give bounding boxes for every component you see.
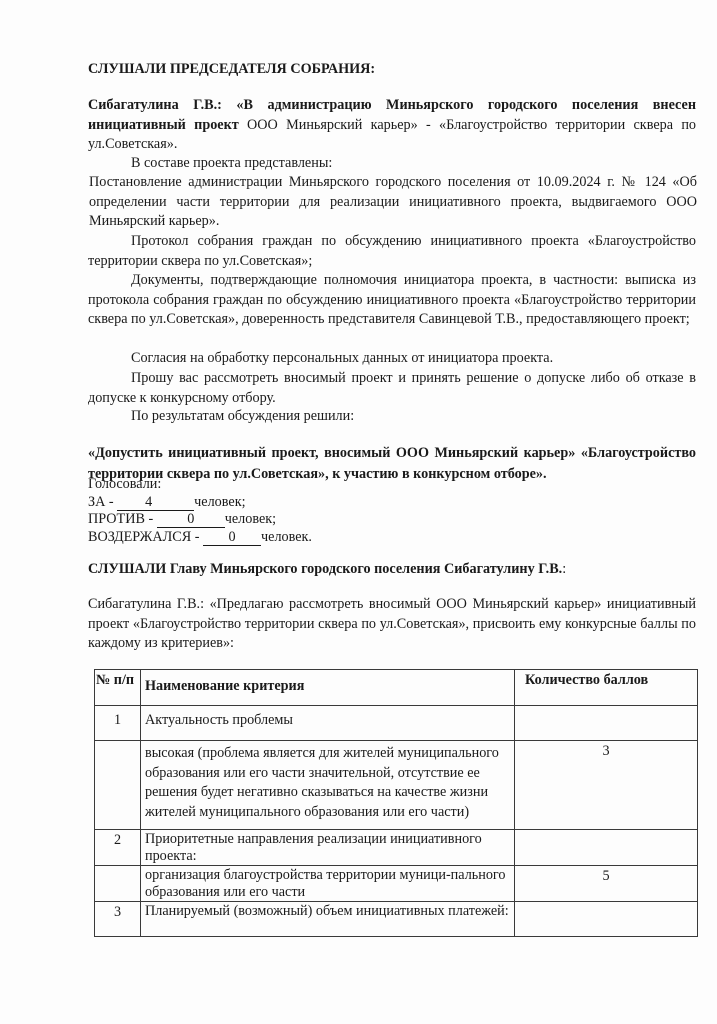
vote-for: ЗА - 4человек; (88, 494, 696, 512)
header-score: Количество баллов (515, 670, 698, 706)
vote-against: ПРОТИВ - 0человек; (88, 511, 696, 529)
criteria-table: № п/п Наименование критерия Количество б… (94, 669, 698, 937)
results-intro: По результатам обсуждения решили: (88, 407, 696, 427)
table-row: организация благоустройства территории м… (95, 866, 698, 902)
composition-item-2: Протокол собрания граждан по обсуждению … (88, 232, 696, 271)
document-page: СЛУШАЛИ ПРЕДСЕДАТЕЛЯ СОБРАНИЯ: Сибагатул… (0, 0, 717, 1024)
composition-item-4: Согласия на обработку персональных данны… (88, 349, 696, 369)
chair-speech: Сибагатулина Г.В.: «В администрацию Минь… (88, 96, 696, 155)
table-row: 3 Планируемый (возможный) объем инициати… (95, 902, 698, 937)
composition-intro: В составе проекта представлены: (88, 154, 696, 174)
table-header-row: № п/п Наименование критерия Количество б… (95, 670, 698, 706)
vote-for-value: 4 (117, 495, 194, 511)
request-text: Прошу вас рассмотреть вносимый проект и … (88, 369, 696, 408)
table-row: 2 Приоритетные направления реализации ин… (95, 830, 698, 866)
table-row: 1 Актуальность проблемы (95, 706, 698, 741)
composition-item-1: Постановление администрации Миньярского … (89, 173, 697, 232)
voting-title: Голосовали: (88, 476, 696, 494)
composition-item-3: Документы, подтверждающие полномочия ини… (88, 271, 696, 330)
header-criterion: Наименование критерия (141, 670, 515, 706)
vote-abstain-value: 0 (203, 530, 261, 546)
table-row: высокая (проблема является для жителей м… (95, 741, 698, 830)
section1-heading: СЛУШАЛИ ПРЕДСЕДАТЕЛЯ СОБРАНИЯ: (88, 60, 696, 80)
header-number: № п/п (95, 670, 141, 706)
voting-block: Голосовали: ЗА - 4человек; ПРОТИВ - 0чел… (88, 476, 696, 546)
vote-against-value: 0 (157, 512, 225, 528)
section2-heading: СЛУШАЛИ Главу Миньярского городского пос… (88, 560, 696, 580)
head-speech: Сибагатулина Г.В.: «Предлагаю рассмотрет… (88, 595, 696, 654)
vote-abstain: ВОЗДЕРЖАЛСЯ - 0человек. (88, 529, 696, 547)
